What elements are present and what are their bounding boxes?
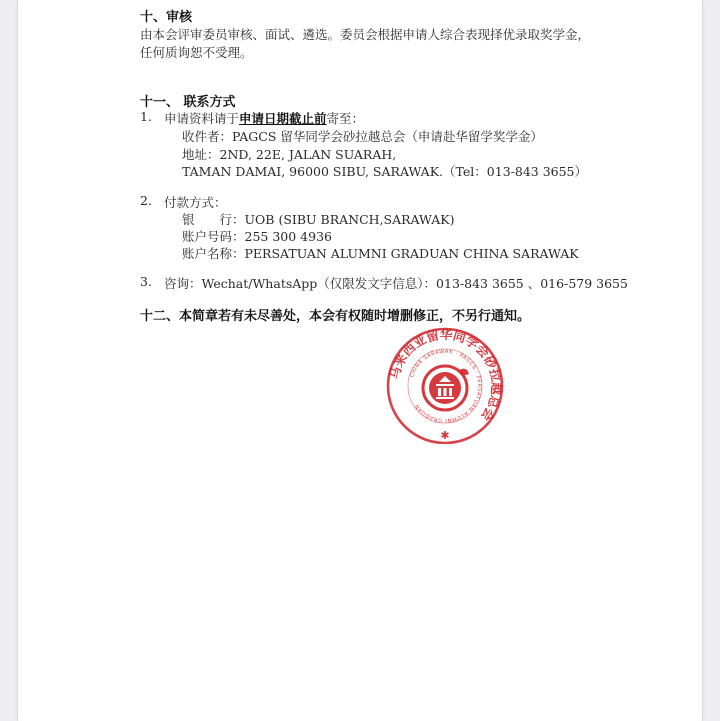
account-number-value: 255 300 4936 [245,229,332,244]
address-line-1: 地址：2ND, 22E, JALAN SUARAH, [182,145,396,163]
recipient-line: 收件者：PAGCS 留华同学会砂拉越总会（申请赴华留学奖学金） [182,127,543,145]
section-10-heading: 十、审核 [140,6,192,25]
address-line-2: TAMAN DAMAI, 96000 SIBU, SARAWAK.（Tel：01… [182,162,587,180]
section-10-body-line-1: 由本会评审委员审核、面试、遴选。委员会根据申请人综合表现择优录取奖学金， [140,25,590,43]
item-1-line: 申请资料请于申请日期截止前寄至： [164,109,364,127]
account-name-label: 账户名称： [182,246,245,261]
deadline-emphasis: 申请日期截止前 [239,111,327,126]
account-name-value: PERSATUAN ALUMNI GRADUAN CHINA SARAWAK [245,246,579,261]
bank-value: UOB (SIBU BRANCH,SARAWAK) [245,212,455,227]
section-10-body-line-2: 任何质询恕不受理。 [140,43,253,61]
item-1-number: 1. [140,109,152,124]
section-12-heading: 十二、本简章若有未尽善处，本会有权随时增删修正，不另行通知。 [140,305,530,324]
account-number-label: 账户号码： [182,229,245,244]
section-11-heading: 十一、 联系方式 [140,91,236,110]
account-number-row: 账户号码：255 300 4936 [182,227,332,245]
association-seal-stamp: 马来西亚留华同学会砂拉越总会 CHINA SARAWAK · PAGCS · P… [385,326,513,438]
account-name-row: 账户名称：PERSATUAN ALUMNI GRADUAN CHINA SARA… [182,244,579,262]
document-page: 十、审核 由本会评审委员审核、面试、遴选。委员会根据申请人综合表现择优录取奖学金… [18,0,702,721]
item-1-prefix: 申请资料请于 [164,111,239,126]
item-2-number: 2. [140,193,152,208]
bank-label: 银 行： [182,212,245,227]
inquiry-line: 咨询：Wechat/WhatsApp（仅限发文字信息）：013-843 3655… [164,274,628,292]
payment-title: 付款方式： [164,193,227,211]
item-3-number: 3. [140,274,152,289]
bank-row: 银 行：UOB (SIBU BRANCH,SARAWAK) [182,210,455,228]
svg-text:✱: ✱ [440,429,449,442]
item-1-suffix: 寄至： [327,111,365,126]
seal-icon: 马来西亚留华同学会砂拉越总会 CHINA SARAWAK · PAGCS · P… [385,326,505,444]
